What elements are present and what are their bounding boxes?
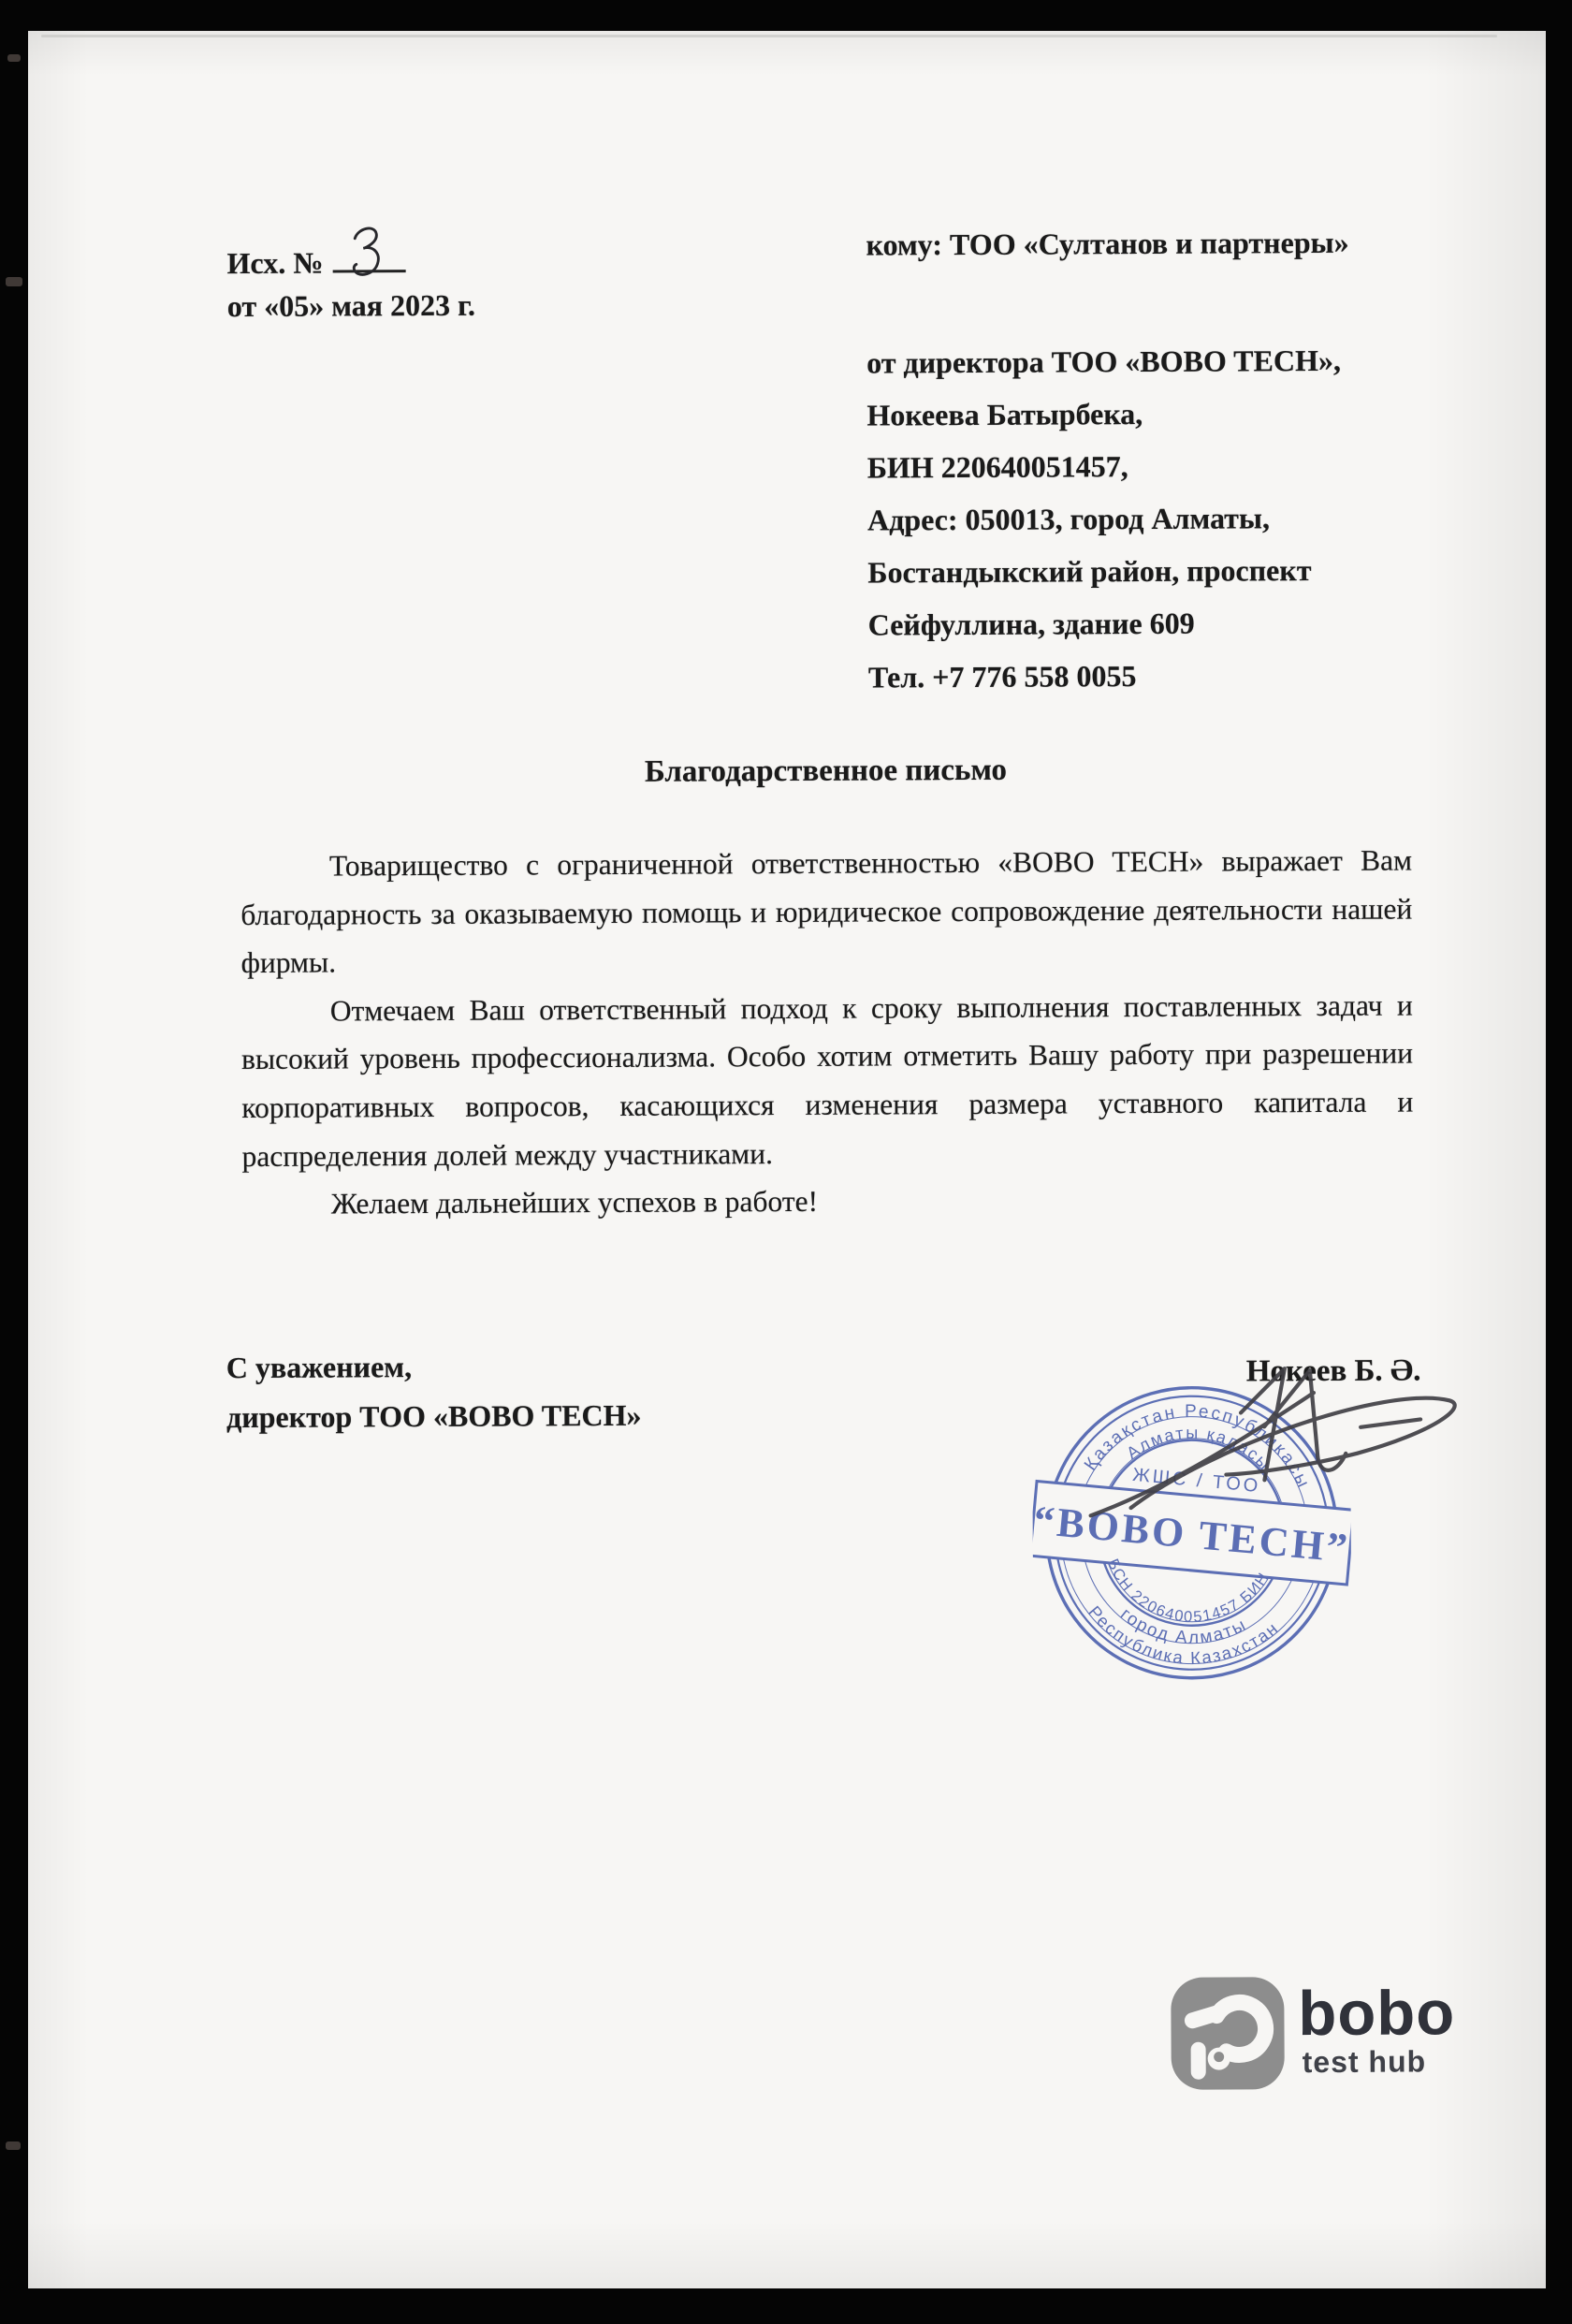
letter-content: Исх. № от «05» мая 2023 г. кому: ТОО «Су… [0, 0, 1572, 2324]
sender-line: Адрес: 050013, город Алматы, [867, 490, 1429, 546]
sender-block: от директора ТОО «BOBO TECH», Нокеева Ба… [866, 333, 1430, 703]
bobo-logo-wordmark: bobo [1298, 1977, 1455, 2050]
recipient-line: кому: ТОО «Султанов и партнеры» [866, 215, 1427, 270]
signoff-block: С уважением, директор ТОО «BOBO TECH» [226, 1341, 642, 1442]
handwritten-ref-number [347, 223, 386, 281]
sender-line: Тел. +7 776 558 0055 [868, 648, 1430, 703]
letter-body: Товарищество с ограниченной ответственно… [240, 836, 1414, 1228]
signoff-line: С уважением, [226, 1341, 642, 1393]
body-paragraph: Отмечаем Ваш ответственный подход к срок… [241, 981, 1414, 1180]
sender-line: от директора ТОО «BOBO TECH», [866, 333, 1428, 388]
signoff-line: директор ТОО «BOBO TECH» [226, 1391, 642, 1442]
sender-line: Нокеева Батырбека, [866, 386, 1428, 441]
scanned-letter-canvas: Исх. № от «05» мая 2023 г. кому: ТОО «Су… [0, 0, 1572, 2324]
bobo-logo-mark [1170, 1976, 1286, 2091]
letter-title: Благодарственное письмо [240, 751, 1411, 792]
outgoing-ref-label: Исх. № [227, 246, 324, 281]
sender-line: БИН 220640051457, [867, 438, 1429, 493]
sender-line: Сейфуллина, здание 609 [867, 595, 1429, 650]
letter-date-line: от «05» мая 2023 г. [227, 283, 475, 329]
bobo-logo-tagline: test hub [1303, 2044, 1427, 2080]
handwritten-signature [1069, 1349, 1481, 1542]
sender-line: Бостандыкский район, проспект [867, 543, 1429, 598]
body-paragraph: Желаем дальнейших успехов в работе! [242, 1175, 1414, 1229]
body-paragraph: Товарищество с ограниченной ответственно… [240, 836, 1413, 987]
recipient-sender-block: кому: ТОО «Султанов и партнеры» от дирек… [866, 215, 1430, 703]
